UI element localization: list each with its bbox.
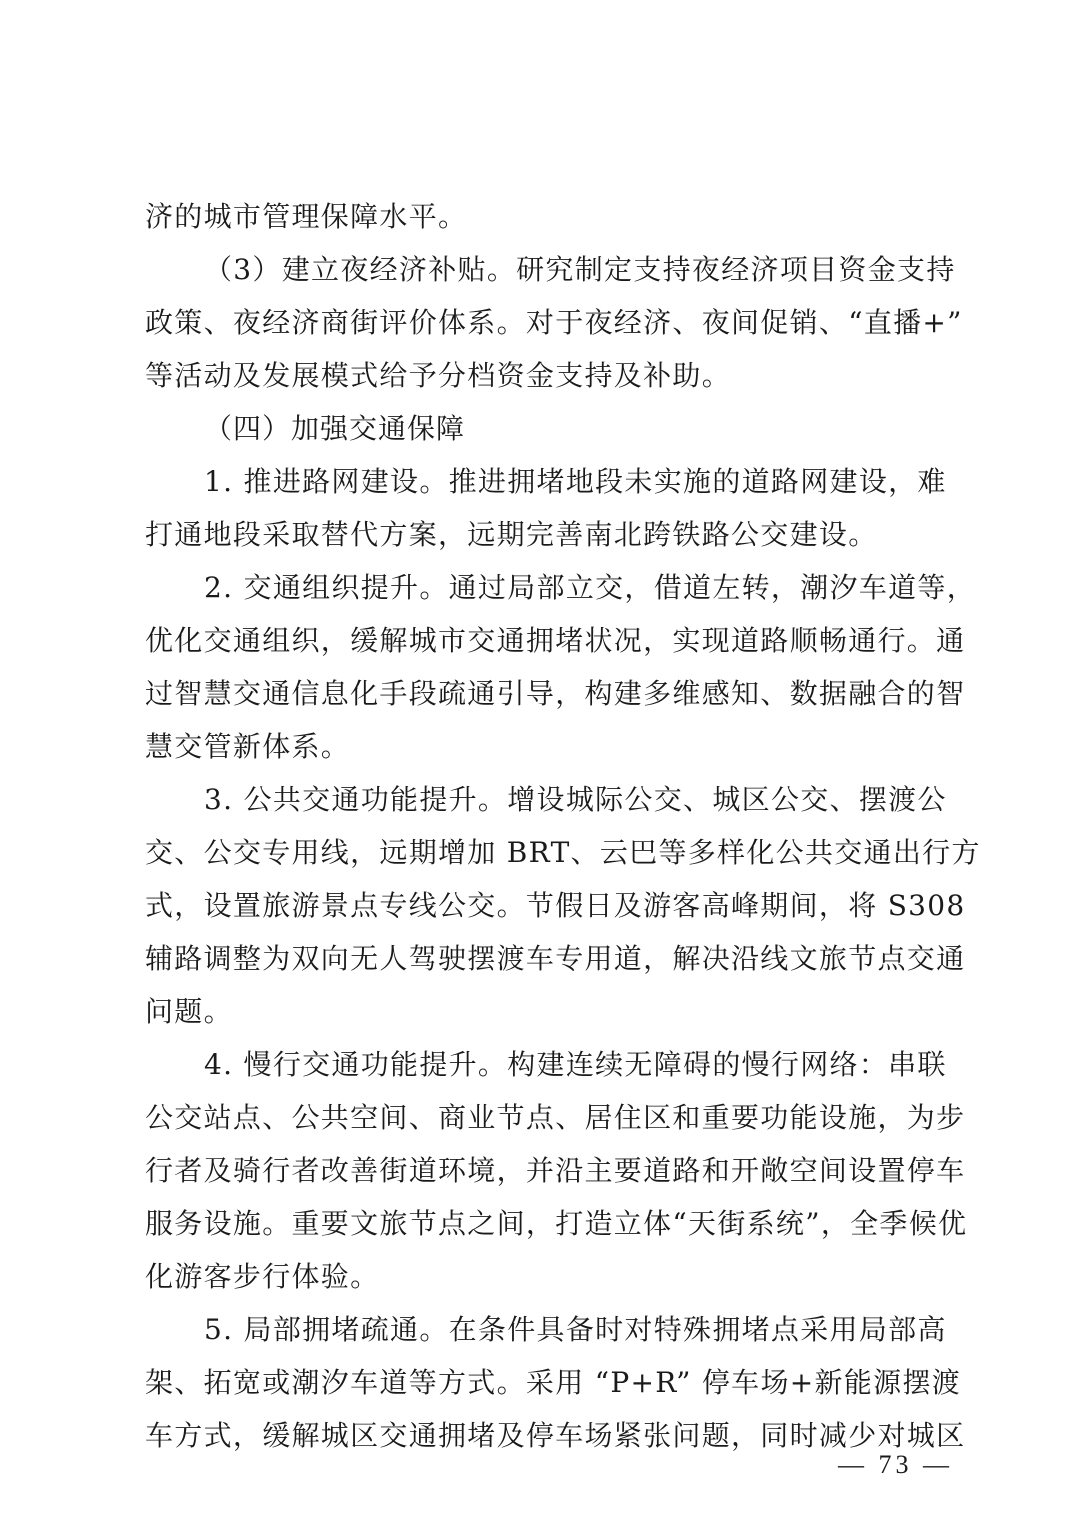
text-line: 过智慧交通信息化手段疏通引导，构建多维感知、数据融合的智: [145, 667, 945, 720]
text-line: 车方式，缓解城区交通拥堵及停车场紧张问题，同时减少对城区: [145, 1409, 945, 1462]
text-line: 5. 局部拥堵疏通。在条件具备时对特殊拥堵点采用局部高: [145, 1303, 945, 1356]
text-line: 等活动及发展模式给予分档资金支持及补助。: [145, 349, 945, 402]
page-number: — 73 —: [838, 1450, 953, 1480]
text-line: 1. 推进路网建设。推进拥堵地段未实施的道路网建设，难: [145, 455, 945, 508]
text-line: 化游客步行体验。: [145, 1250, 945, 1303]
text-line: 问题。: [145, 985, 945, 1038]
text-line: 交、公交专用线，远期增加 BRT、云巴等多样化公共交通出行方: [145, 826, 945, 879]
text-line: 3. 公共交通功能提升。增设城际公交、城区公交、摆渡公: [145, 773, 945, 826]
text-line: 式，设置旅游景点专线公交。节假日及游客高峰期间，将 S308: [145, 879, 945, 932]
text-line: 优化交通组织，缓解城市交通拥堵状况，实现道路顺畅通行。通: [145, 614, 945, 667]
text-line: 辅路调整为双向无人驾驶摆渡车专用道，解决沿线文旅节点交通: [145, 932, 945, 985]
text-line: 打通地段采取替代方案，远期完善南北跨铁路公交建设。: [145, 508, 945, 561]
text-line: 行者及骑行者改善街道环境，并沿主要道路和开敞空间设置停车: [145, 1144, 945, 1197]
section-heading: （四）加强交通保障: [145, 402, 945, 455]
text-line: 服务设施。重要文旅节点之间，打造立体“天街系统”，全季候优: [145, 1197, 945, 1250]
text-line: 政策、夜经济商街评价体系。对于夜经济、夜间促销、“直播+”: [145, 296, 945, 349]
text-line: （3）建立夜经济补贴。研究制定支持夜经济项目资金支持: [145, 243, 945, 296]
text-line: 慧交管新体系。: [145, 720, 945, 773]
text-line: 济的城市管理保障水平。: [145, 190, 945, 243]
text-line: 架、拓宽或潮汐车道等方式。采用 “P+R” 停车场+新能源摆渡: [145, 1356, 945, 1409]
document-body: 济的城市管理保障水平。 （3）建立夜经济补贴。研究制定支持夜经济项目资金支持 政…: [145, 190, 945, 1462]
text-line: 4. 慢行交通功能提升。构建连续无障碍的慢行网络：串联: [145, 1038, 945, 1091]
text-line: 公交站点、公共空间、商业节点、居住区和重要功能设施，为步: [145, 1091, 945, 1144]
text-line: 2. 交通组织提升。通过局部立交，借道左转，潮汐车道等，: [145, 561, 945, 614]
